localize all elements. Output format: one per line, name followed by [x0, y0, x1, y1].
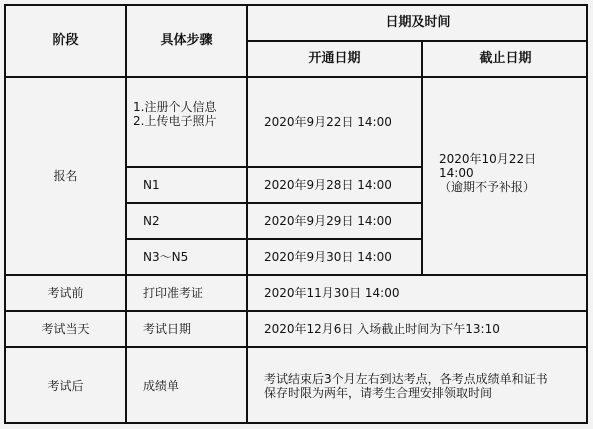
step-n2: N2: [125, 202, 246, 238]
header-close-date: 截止日期: [421, 40, 588, 76]
stage-exam-day: 考试当天: [4, 310, 125, 346]
exam-schedule-table: 阶段 具体步骤 日期及时间 开通日期 截止日期 报名 1.注册个人信息 2.上传…: [4, 4, 588, 424]
step-exam-date: 考试日期: [125, 310, 246, 346]
registration-close-date: 2020年10月22日 14:00 （逾期不予补报）: [421, 76, 588, 274]
detail-score-report: 考试结束后3个月左右到达考点，各考点成绩单和证书 保存时限为两年，请考生合理安排…: [246, 346, 588, 424]
stage-before-exam: 考试前: [4, 274, 125, 310]
header-open-date: 开通日期: [246, 40, 421, 76]
open-date-n3-n5: 2020年9月30日 14:00: [246, 238, 421, 274]
header-datetime: 日期及时间: [246, 4, 588, 40]
detail-print-ticket: 2020年11月30日 14:00: [246, 274, 588, 310]
step-register-info: 1.注册个人信息 2.上传电子照片: [125, 76, 246, 166]
detail-exam-date: 2020年12月6日 入场截止时间为下午13:10: [246, 310, 588, 346]
step-n1: N1: [125, 166, 246, 202]
stage-after-exam: 考试后: [4, 346, 125, 424]
header-steps: 具体步骤: [125, 4, 246, 76]
open-date-n2: 2020年9月29日 14:00: [246, 202, 421, 238]
step-score-report: 成绩单: [125, 346, 246, 424]
step-n3-n5: N3～N5: [125, 238, 246, 274]
step-print-ticket: 打印准考证: [125, 274, 246, 310]
open-date-n1: 2020年9月28日 14:00: [246, 166, 421, 202]
open-date-1: 2020年9月22日 14:00: [246, 76, 421, 166]
header-stage: 阶段: [4, 4, 125, 76]
stage-registration: 报名: [4, 76, 125, 274]
